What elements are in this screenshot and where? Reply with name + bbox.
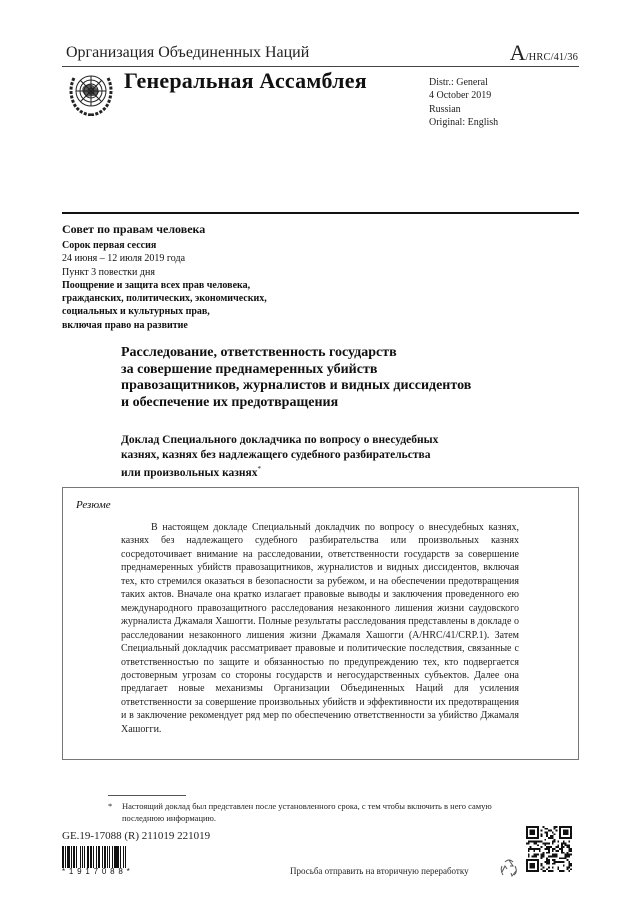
footnote-marker: *: [258, 465, 262, 473]
agenda-title-line: Поощрение и защита всех прав человека,: [62, 279, 267, 292]
footnote-text: Настоящий доклад был представлен после у…: [122, 801, 492, 823]
recycle-notice: Просьба отправить на вторичную переработ…: [290, 866, 469, 876]
barcode-icon: [62, 846, 148, 868]
qr-code-icon: [526, 826, 572, 872]
agenda-title-line: социальных и культурных прав,: [62, 305, 267, 318]
date-line: 4 October 2019: [429, 89, 498, 102]
language-line: Russian: [429, 103, 498, 116]
recycle-icon: [499, 858, 519, 878]
un-emblem-icon: [66, 70, 116, 116]
session-dates: 24 июня – 12 июля 2019 года: [62, 252, 267, 265]
document-symbol: A/HRC/41/36: [510, 40, 578, 66]
agenda-title-line: гражданских, политических, экономических…: [62, 292, 267, 305]
header-rule: [62, 66, 579, 67]
session-info: Сорок первая сессия 24 июня – 12 июля 20…: [62, 239, 267, 332]
report-subtitle: Доклад Специального докладчика по вопрос…: [121, 433, 438, 480]
summary-text: В настоящем докладе Специальный докладчи…: [121, 521, 519, 736]
section-rule: [62, 212, 579, 214]
title-line: за совершение преднамеренных убийств: [121, 362, 471, 379]
council-name: Совет по правам человека: [62, 222, 205, 237]
footnote-rule: [108, 795, 186, 796]
distribution-info: Distr.: General 4 October 2019 Russian O…: [429, 76, 498, 129]
document-title: Расследование, ответственность государст…: [121, 345, 471, 411]
session-name: Сорок первая сессия: [62, 239, 267, 252]
original-language-line: Original: English: [429, 116, 498, 129]
summary-heading: Резюме: [76, 499, 111, 511]
title-line: правозащитников, журналистов и видных ди…: [121, 378, 471, 395]
organization-name: Организация Объединенных Наций: [66, 44, 309, 62]
general-assembly-title: Генеральная Ассамблея: [124, 68, 367, 94]
agenda-item: Пункт 3 повестки дня: [62, 266, 267, 279]
footnote: *Настоящий доклад был представлен после …: [108, 800, 532, 824]
symbol-prefix: A: [510, 40, 526, 65]
barcode-number: *1917088*: [62, 867, 134, 876]
title-line: Расследование, ответственность государст…: [121, 345, 471, 362]
agenda-title-line: включая право на развитие: [62, 319, 267, 332]
subtitle-line: Доклад Специального докладчика по вопрос…: [121, 433, 438, 448]
symbol-suffix: /HRC/41/36: [526, 52, 578, 63]
job-number: GE.19-17088 (R) 211019 221019: [62, 830, 210, 842]
subtitle-line: или произвольных казнях*: [121, 462, 438, 480]
subtitle-line: казнях, казнях без надлежащего судебного…: [121, 448, 438, 463]
distribution-line: Distr.: General: [429, 76, 498, 89]
footnote-star: *: [108, 800, 122, 812]
title-line: и обеспечение их предотвращения: [121, 395, 471, 412]
